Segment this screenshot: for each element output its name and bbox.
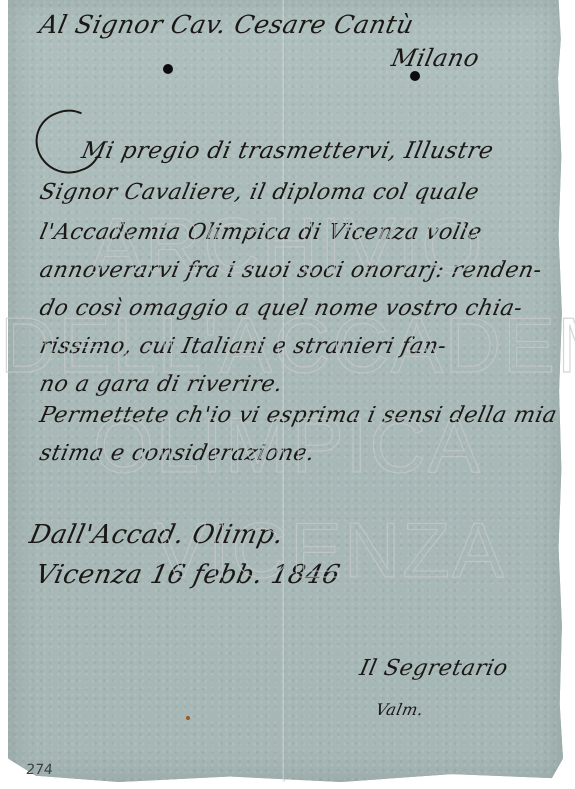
body-line-7: no a gara di riverire.	[37, 372, 285, 397]
body-line-4: annoverarvi fra i suoi soci onorarj: ren…	[37, 258, 544, 283]
paper-fold-line	[282, 0, 285, 782]
body-line-9: stima e considerazione.	[37, 441, 317, 466]
closing-from: Dall'Accad. Olimp.	[27, 520, 287, 550]
body-line-6: rissimo, cui Italiani e stranieri fan-	[37, 334, 449, 359]
address-city: Milano	[389, 44, 482, 72]
address-recipient: Al Signor Cav. Cesare Cantù	[37, 10, 417, 39]
body-line-8: Permettete ch'io vi esprima i sensi dell…	[37, 403, 559, 428]
paper-stain	[186, 716, 190, 720]
signature-name: Valm.	[374, 700, 426, 719]
signature-title: Il Segretario	[357, 656, 510, 681]
body-line-1: Mi pregio di trasmettervi, Illustre	[79, 138, 496, 164]
archive-number: 274	[25, 762, 53, 778]
closing-date: Vicenza 16 febb. 1846	[33, 560, 343, 590]
body-line-2: Signor Cavaliere, il diploma col quale	[37, 180, 481, 205]
ink-blot-left	[163, 64, 173, 74]
body-line-3: l'Accademia Olimpica di Vicenza volle	[37, 220, 484, 245]
ink-blot-right	[410, 71, 420, 81]
body-line-5: do così omaggio a quel nome vostro chia-	[37, 296, 525, 321]
